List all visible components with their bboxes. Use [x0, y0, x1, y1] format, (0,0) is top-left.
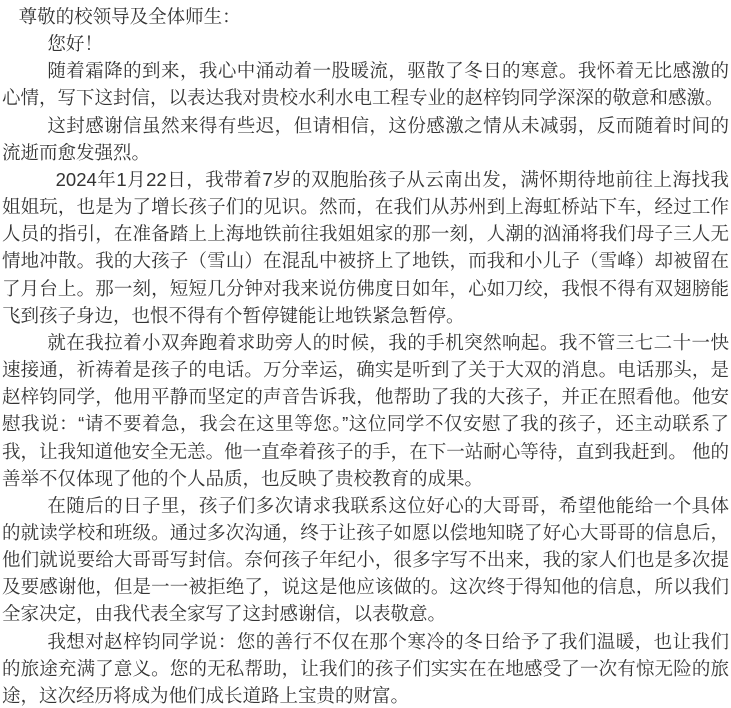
paragraph-late-apology: 这封感谢信虽然来得有些迟，但请相信，这份感激之情从未减弱，反而随着时间的流逝而愈… [2, 112, 729, 166]
paragraph-phone-call: 就在我拉着小双奔跑着求助旁人的时候，我的手机突然响起。我不管三七二十一快速接通，… [2, 329, 729, 492]
salutation-line: 尊敬的校领导及全体师生： [2, 3, 729, 30]
paragraph-incident: 2024年1月22日，我带着7岁的双胞胎孩子从云南出发，满怀期待地前往上海找我姐… [2, 166, 729, 329]
paragraph-followup: 在随后的日子里，孩子们多次请求我联系这位好心的大哥哥，希望他能给一个具体的就读学… [2, 492, 729, 628]
paragraph-intro: 随着霜降的到来，我心中涌动着一股暖流，驱散了冬日的寒意。我怀着无比感激的心情，写… [2, 57, 729, 111]
paragraph-closing: 我想对赵梓钧同学说：您的善行不仅在那个寒冷的冬日给予了我们温暖，也让我们的旅途充… [2, 628, 729, 708]
letter-document: 尊敬的校领导及全体师生： 您好！ 随着霜降的到来，我心中涌动着一股暖流，驱散了冬… [0, 0, 731, 708]
greeting-line: 您好！ [2, 30, 729, 57]
